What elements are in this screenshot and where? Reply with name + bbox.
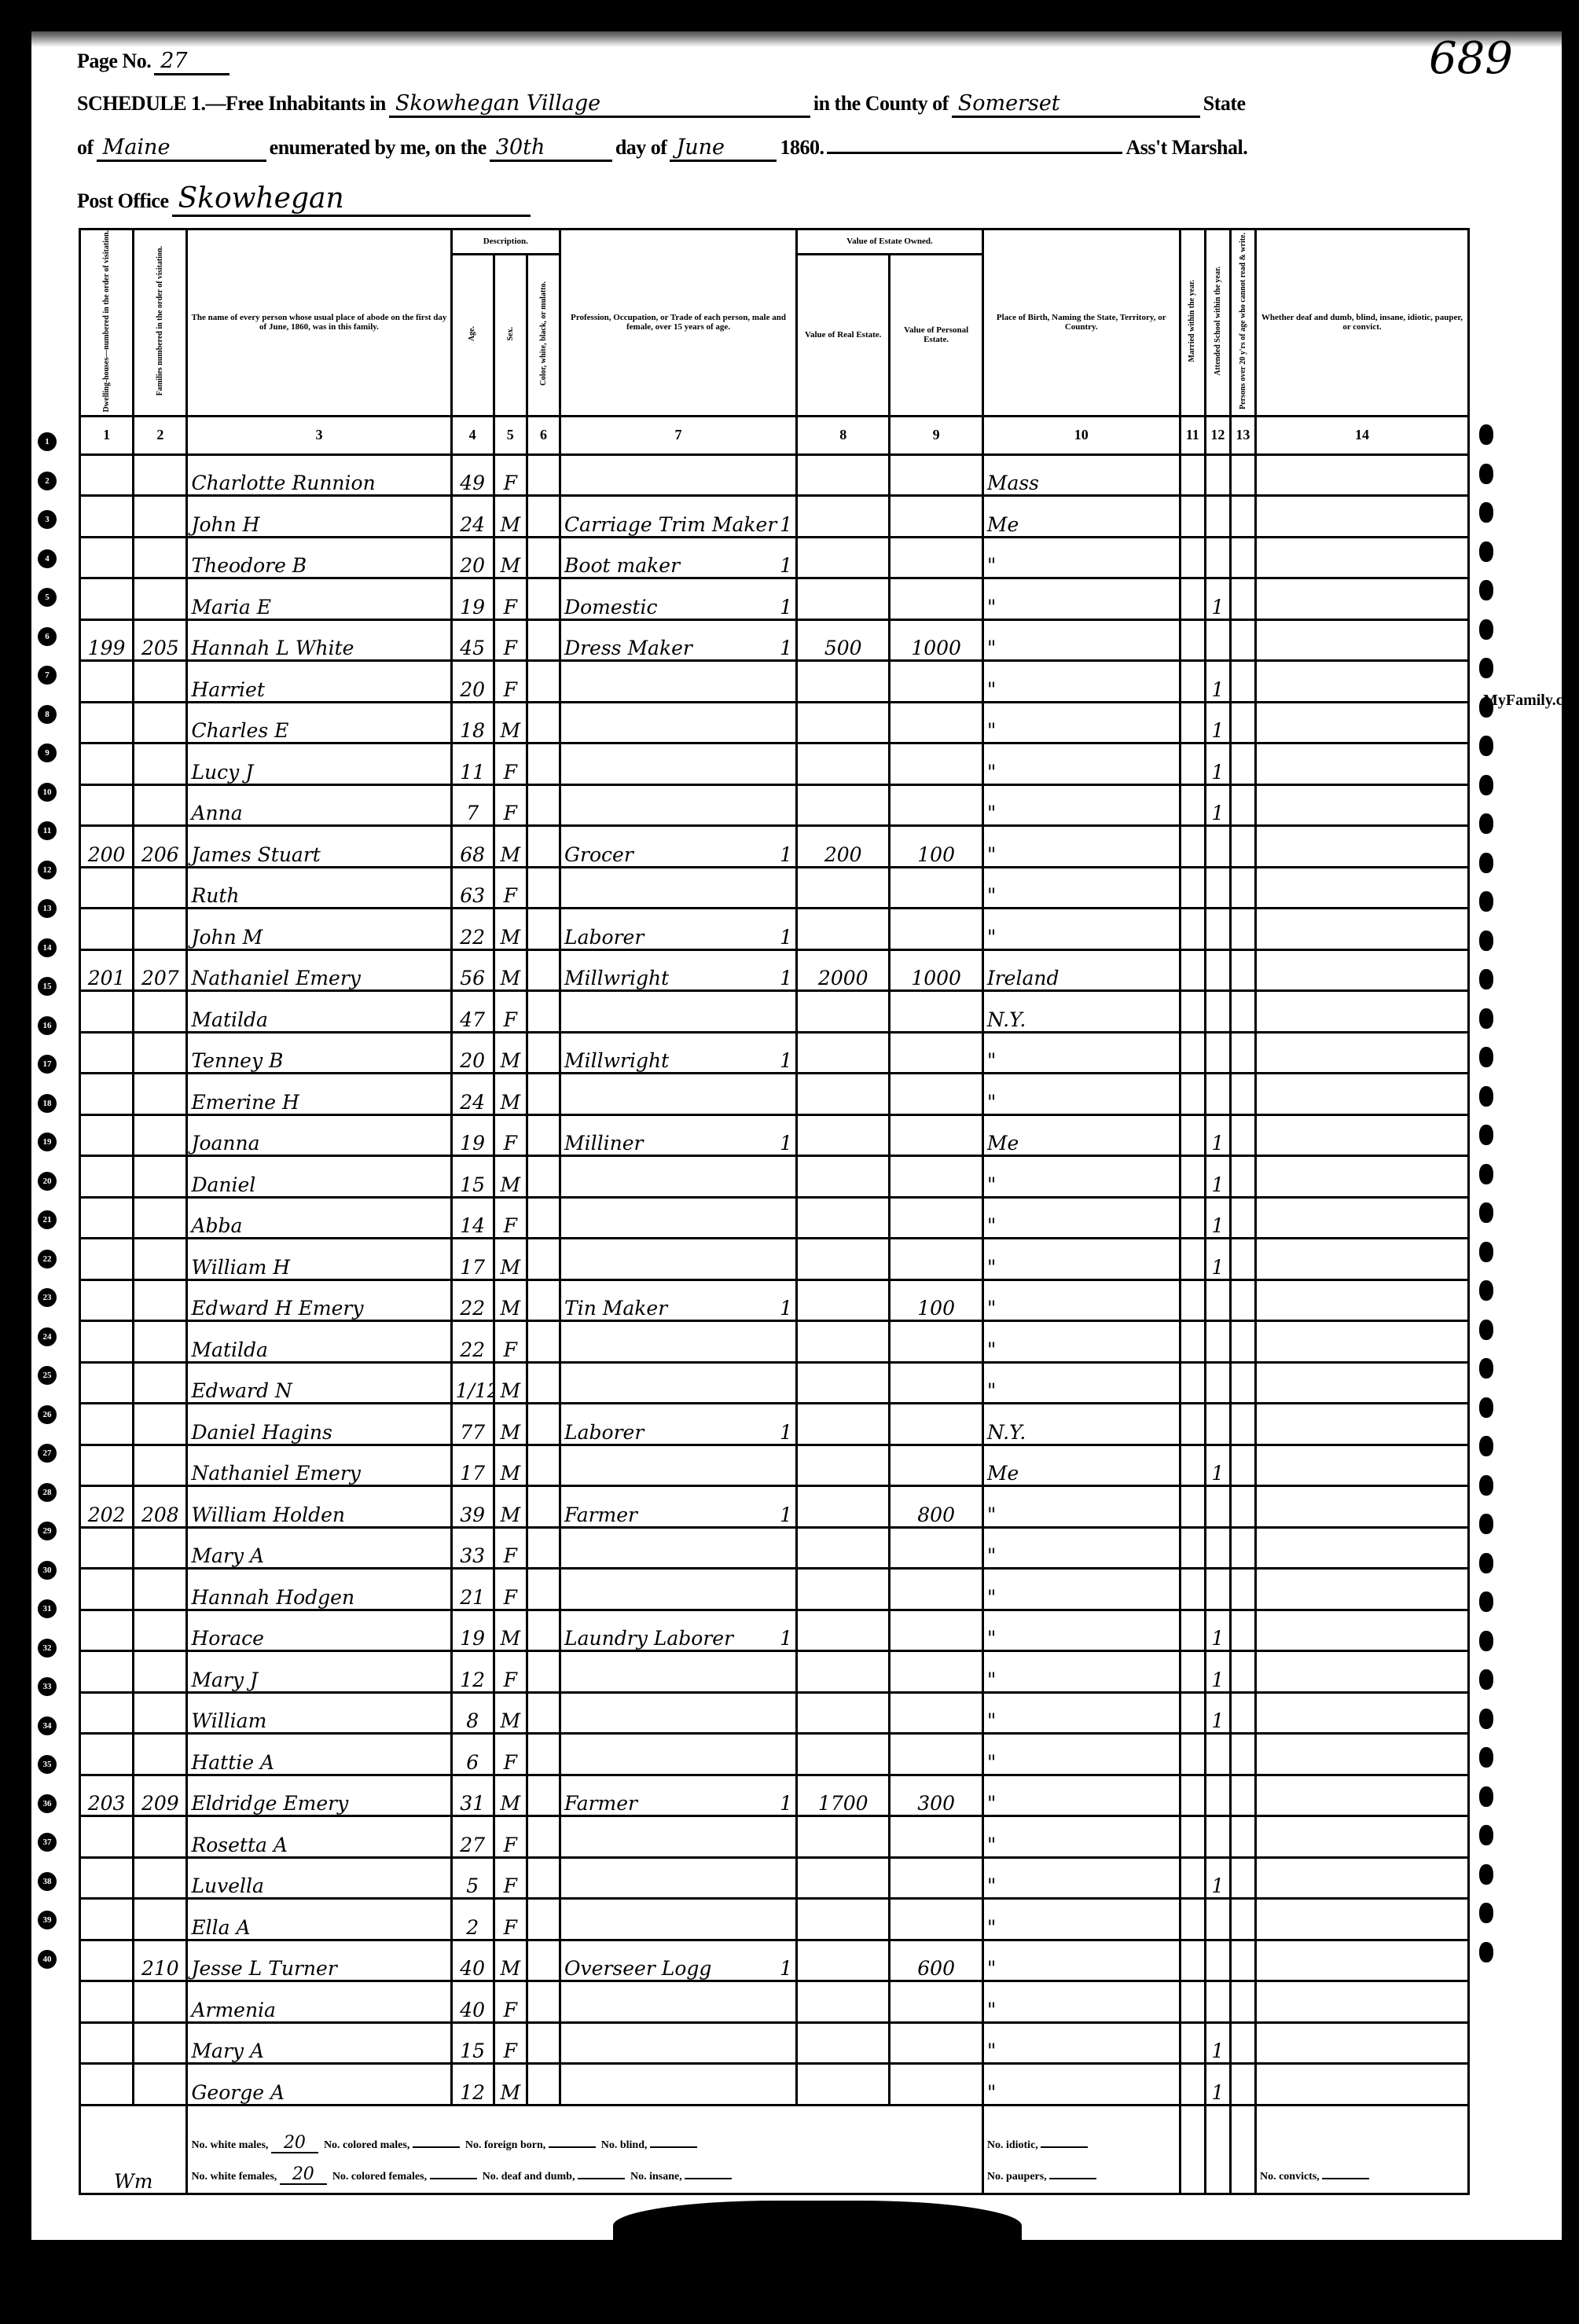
cannot-read-write [1230,1362,1255,1404]
real-estate-value [797,1816,890,1858]
married-within-year [1180,1156,1205,1198]
cannot-read-write [1230,661,1255,703]
family-number [134,991,187,1033]
margin-hole-icon [1479,1592,1493,1612]
line-number: 2 [38,472,57,490]
personal-estate-value [890,1362,982,1404]
sex: M [494,1692,527,1734]
condition [1255,1899,1468,1940]
personal-estate-value [890,1239,982,1280]
table-row: George A12M"1 [80,2064,1469,2106]
white-females-label: No. white females, [191,2171,277,2183]
dwelling-number [80,537,134,578]
real-estate-value [797,784,890,826]
sex: M [494,1156,527,1198]
col-num: 8 [797,416,890,454]
sex: F [494,1816,527,1858]
cannot-read-write [1230,1445,1255,1486]
age: 12 [451,1651,494,1693]
margin-hole-icon [1479,853,1493,873]
occupation: Millwright1 [560,1032,797,1074]
line-number: 37 [38,1833,57,1852]
page-number-line: Page No. 27 [77,49,230,75]
birthplace: " [982,826,1180,868]
cannot-read-write [1230,1569,1255,1610]
condition [1255,949,1468,991]
occupation-text: Laborer [564,926,644,949]
personal-estate-value [890,1734,982,1775]
occupation [560,1899,797,1940]
real-estate-value [797,496,890,538]
personal-estate-value [890,1445,982,1486]
attended-school: 1 [1205,1197,1230,1239]
birthplace: Me [982,1114,1180,1156]
header-condition: Whether deaf and dumb, blind, insane, id… [1255,229,1468,417]
dwelling-number [80,2022,134,2064]
occupation [560,1816,797,1858]
summary-row: Wm No. white males, 20 No. colored males… [80,2105,1469,2194]
occupation [560,1321,797,1363]
birthplace: " [982,1692,1180,1734]
state-suffix: State [1203,92,1246,115]
condition [1255,661,1468,703]
real-estate-value [797,867,890,909]
family-number [134,496,187,538]
color [527,1197,560,1239]
color [527,1279,560,1321]
sex: M [494,1775,527,1816]
condition [1255,537,1468,578]
color [527,1651,560,1693]
color [527,2022,560,2064]
cannot-read-write [1230,784,1255,826]
condition [1255,1486,1468,1528]
condition [1255,1114,1468,1156]
age: 47 [451,991,494,1033]
married-within-year [1180,826,1205,868]
occupation-tally-mark: 1 [780,596,792,619]
married-within-year [1180,1404,1205,1445]
personal-estate-value [890,578,982,620]
birthplace: " [982,1816,1180,1858]
family-number: 209 [134,1775,187,1816]
sex: M [494,1404,527,1445]
family-number: 205 [134,619,187,661]
condition [1255,702,1468,743]
state-value: Maine [97,135,266,162]
cannot-read-write [1230,743,1255,785]
personal-estate-value [890,1404,982,1445]
occupation-text: Laundry Laborer [564,1627,733,1650]
real-estate-value [797,702,890,743]
header-personal-estate: Value of Personal Estate. [890,254,982,416]
header-school: Attended School within the year. [1205,229,1230,417]
married-within-year [1180,1734,1205,1775]
sex: F [494,1197,527,1239]
family-number [134,1197,187,1239]
margin-hole-icon [1479,1514,1493,1534]
real-estate-value [797,1569,890,1610]
colored-males-label: No. colored males, [324,2139,409,2151]
dwelling-number [80,1197,134,1239]
month-value: June [670,135,777,162]
cannot-read-write [1230,1404,1255,1445]
occupation: Tin Maker1 [560,1279,797,1321]
sex: M [494,537,527,578]
scan-edge-bottom [0,2240,1579,2324]
margin-hole-icon [1479,580,1493,600]
occupation: Carriage Trim Maker1 [560,496,797,538]
birthplace: " [982,2022,1180,2064]
color [527,2064,560,2106]
convicts-label: No. convicts, [1260,2171,1320,2183]
birthplace: " [982,537,1180,578]
age: 21 [451,1569,494,1610]
table-row: Emerine H24M" [80,1074,1469,1115]
cannot-read-write [1230,619,1255,661]
real-estate-value [797,2064,890,2106]
family-number [134,1734,187,1775]
margin-hole-icon [1479,542,1493,562]
family-number [134,867,187,909]
occupation [560,1981,797,2023]
colored-females-value [430,2178,477,2179]
person-name: William H [187,1239,451,1280]
table-row: Ruth63F" [80,867,1469,909]
summary-empty [1180,2105,1205,2194]
color [527,784,560,826]
person-name: Theodore B [187,537,451,578]
real-estate-value [797,743,890,785]
birthplace: Mass [982,454,1180,496]
table-row: William H17M"1 [80,1239,1469,1280]
person-name: Daniel [187,1156,451,1198]
margin-hole-icon [1479,1709,1493,1729]
col-num: 10 [982,416,1180,454]
line-number: 5 [38,588,57,607]
summary-counts: No. white males, 20 No. colored males, N… [187,2105,982,2194]
real-estate-value [797,1074,890,1115]
attended-school [1205,537,1230,578]
personal-estate-value [890,743,982,785]
real-estate-value [797,1899,890,1940]
cannot-read-write [1230,1899,1255,1940]
table-row: 199205Hannah L White45FDress Maker150010… [80,619,1469,661]
summary-empty [1230,2105,1255,2194]
line-number: 33 [38,1677,57,1696]
married-within-year [1180,1445,1205,1486]
header-sex: Sex. [494,254,527,416]
family-number [134,1527,187,1569]
age: 20 [451,1032,494,1074]
person-name: William Holden [187,1486,451,1528]
dwelling-number [80,1279,134,1321]
condition [1255,743,1468,785]
cannot-read-write [1230,454,1255,496]
personal-estate-value [890,867,982,909]
county-label: in the County of [813,92,949,115]
dwelling-number: 202 [80,1486,134,1528]
margin-hole-icon [1479,1436,1493,1456]
married-within-year [1180,578,1205,620]
dwelling-number [80,1651,134,1693]
person-name: Matilda [187,991,451,1033]
real-estate-value: 500 [797,619,890,661]
personal-estate-value [890,1527,982,1569]
color [527,867,560,909]
table-row: Theodore B20MBoot maker1" [80,537,1469,578]
occupation-tally-mark: 1 [780,513,792,536]
birthplace: " [982,661,1180,703]
dwelling-number [80,1074,134,1115]
attended-school: 1 [1205,2022,1230,2064]
attended-school [1205,496,1230,538]
line-number: 10 [38,783,57,802]
family-number [134,743,187,785]
family-number [134,702,187,743]
person-name: Lucy J [187,743,451,785]
occupation [560,2022,797,2064]
color [527,1404,560,1445]
personal-estate-value [890,1981,982,2023]
attended-school [1205,1734,1230,1775]
margin-hole-icon [1479,1942,1493,1962]
occupation: Grocer1 [560,826,797,868]
personal-estate-value: 800 [890,1486,982,1528]
table-row: Mary A33F" [80,1527,1469,1569]
family-number [134,578,187,620]
married-within-year [1180,454,1205,496]
married-within-year [1180,661,1205,703]
age: 19 [451,1114,494,1156]
occupation-tally-mark: 1 [780,967,792,989]
married-within-year [1180,1074,1205,1115]
foreign-born-label: No. foreign born, [465,2139,545,2151]
person-name: John H [187,496,451,538]
paupers-line: No. paupers, [987,2161,1176,2193]
margin-hole-icon [1479,891,1493,912]
attended-school: 1 [1205,1692,1230,1734]
family-number [134,661,187,703]
margin-hole-icon [1479,1320,1493,1340]
margin-hole-icon [1479,1864,1493,1885]
table-row: Edward H Emery22MTin Maker1100" [80,1279,1469,1321]
age: 5 [451,1857,494,1899]
age: 68 [451,826,494,868]
sex: F [494,784,527,826]
table-row: Armenia40F" [80,1981,1469,2023]
margin-hole-icon [1479,1747,1493,1768]
table-row: Mary J12F"1 [80,1651,1469,1693]
sex: F [494,991,527,1033]
occupation: Farmer1 [560,1775,797,1816]
line-number: 28 [38,1483,57,1502]
condition [1255,1857,1468,1899]
personal-estate-value [890,991,982,1033]
occupation [560,1569,797,1610]
sex: M [494,909,527,950]
line-number: 3 [38,510,57,529]
col-num: 4 [451,416,494,454]
occupation-text: Milliner [564,1132,643,1155]
line-number: 19 [38,1133,57,1151]
person-name: George A [187,2064,451,2106]
cannot-read-write [1230,991,1255,1033]
person-name: Harriet [187,661,451,703]
personal-estate-value [890,1321,982,1363]
real-estate-value [797,1734,890,1775]
color [527,537,560,578]
line-number: 40 [38,1950,57,1969]
margin-hole-icon [1479,1631,1493,1651]
occupation [560,1197,797,1239]
header-family: Families numbered in the order of visita… [134,229,187,417]
occupation-tally-mark: 1 [780,843,792,866]
birthplace: Me [982,1445,1180,1486]
occupation [560,661,797,703]
color [527,1775,560,1816]
line-number: 25 [38,1366,57,1385]
married-within-year [1180,743,1205,785]
age: 15 [451,2022,494,2064]
condition [1255,2022,1468,2064]
married-within-year [1180,702,1205,743]
occupation-tally-mark: 1 [780,1792,792,1815]
family-number [134,1816,187,1858]
occupation [560,1362,797,1404]
white-males-label: No. white males, [191,2139,268,2151]
condition [1255,1032,1468,1074]
sex: F [494,619,527,661]
attended-school: 1 [1205,1651,1230,1693]
personal-estate-value [890,909,982,950]
person-name: John M [187,909,451,950]
cannot-read-write [1230,1775,1255,1816]
married-within-year [1180,1362,1205,1404]
cannot-read-write [1230,702,1255,743]
table-row: John H24MCarriage Trim Maker1Me [80,496,1469,538]
attended-school: 1 [1205,661,1230,703]
person-name: Matilda [187,1321,451,1363]
color [527,1940,560,1981]
condition [1255,1775,1468,1816]
real-estate-value [797,1362,890,1404]
age: 11 [451,743,494,785]
line-number: 21 [38,1210,57,1229]
color [527,578,560,620]
occupation-tally-mark: 1 [780,1297,792,1320]
dwelling-number [80,1734,134,1775]
person-name: Hannah L White [187,619,451,661]
watermark: MyFamily.com [1483,692,1579,710]
post-office-value: Skowhegan [172,182,531,217]
insane-value [685,2178,732,2179]
cannot-read-write [1230,1156,1255,1198]
color [527,949,560,991]
cannot-read-write [1230,1857,1255,1899]
table-row: Joanna19FMilliner1Me1 [80,1114,1469,1156]
county-value: Somerset [952,91,1200,118]
attended-school: 1 [1205,1610,1230,1651]
personal-estate-value [890,454,982,496]
married-within-year [1180,1197,1205,1239]
paupers-label: No. paupers, [987,2171,1047,2183]
real-estate-value [797,1114,890,1156]
table-row: Tenney B20MMillwright1" [80,1032,1469,1074]
blind-label: No. blind, [601,2139,648,2151]
attended-school [1205,1569,1230,1610]
age: 22 [451,909,494,950]
attended-school [1205,1279,1230,1321]
real-estate-value [797,1032,890,1074]
attended-school [1205,454,1230,496]
occupation-tally-mark: 1 [780,1421,792,1444]
person-name: Charlotte Runnion [187,454,451,496]
cannot-read-write [1230,1610,1255,1651]
birthplace: " [982,1940,1180,1981]
personal-estate-value [890,1899,982,1940]
married-within-year [1180,1651,1205,1693]
header-real-estate: Value of Real Estate. [797,254,890,416]
cannot-read-write [1230,1486,1255,1528]
cannot-read-write [1230,537,1255,578]
family-number [134,454,187,496]
line-number: 18 [38,1094,57,1113]
dwelling-number [80,1940,134,1981]
real-estate-value [797,1445,890,1486]
header-group-row: Dwelling-houses—numbered in the order of… [80,229,1469,255]
person-name: Edward H Emery [187,1279,451,1321]
table-row: Abba14F"1 [80,1197,1469,1239]
personal-estate-value: 100 [890,826,982,868]
family-number [134,1114,187,1156]
color [527,454,560,496]
margin-hole-icon [1479,1475,1493,1496]
occupation: Domestic1 [560,578,797,620]
condition [1255,867,1468,909]
cannot-read-write [1230,1032,1255,1074]
census-table: Dwelling-houses—numbered in the order of… [79,228,1470,2195]
attended-school [1205,619,1230,661]
birthplace: " [982,1981,1180,2023]
line-number: 20 [38,1172,57,1191]
person-name: Mary A [187,2022,451,2064]
summary-idiotic-paupers: No. idiotic, No. paupers, [982,2105,1180,2194]
table-row: 202208William Holden39MFarmer1800" [80,1486,1469,1528]
family-number [134,2064,187,2106]
attended-school [1205,826,1230,868]
person-name: Emerine H [187,1074,451,1115]
person-name: Edward N [187,1362,451,1404]
cannot-read-write [1230,1816,1255,1858]
header-occupation: Profession, Occupation, or Trade of each… [560,229,797,417]
line-number: 30 [38,1561,57,1580]
condition [1255,1197,1468,1239]
dwelling-number [80,1527,134,1569]
age: 45 [451,619,494,661]
birthplace: " [982,867,1180,909]
dwelling-number [80,578,134,620]
person-name: Ella A [187,1899,451,1940]
header-description-group: Description. [451,229,560,255]
family-number [134,1981,187,2023]
color [527,1816,560,1858]
occupation [560,1074,797,1115]
sex: F [494,454,527,496]
sex: F [494,1651,527,1693]
occupation: Farmer1 [560,1486,797,1528]
personal-estate-value [890,1816,982,1858]
